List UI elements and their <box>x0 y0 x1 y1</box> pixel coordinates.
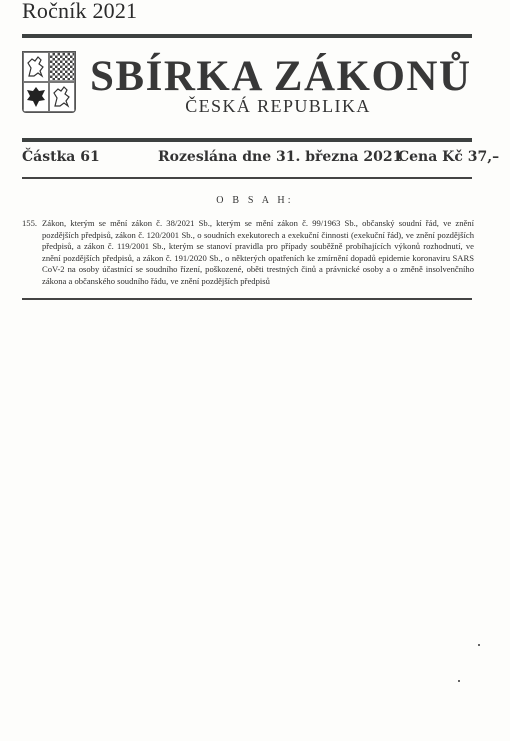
publication-subtitle: ČESKÁ REPUBLIKA <box>0 96 510 117</box>
contents-divider <box>22 298 472 300</box>
publication-title: SBÍRKA ZÁKONŮ <box>90 52 472 101</box>
scan-speck <box>458 680 460 682</box>
volume-year: Ročník 2021 <box>22 0 137 24</box>
entry-number: 155. <box>22 218 37 230</box>
checkered-eagle-quadrant-icon <box>49 52 75 82</box>
entry-text: Zákon, kterým se mění zákon č. 38/2021 S… <box>42 218 474 288</box>
contents-heading: O B S A H: <box>0 195 510 206</box>
top-divider <box>22 34 472 38</box>
scan-speck <box>478 644 480 646</box>
header-divider <box>22 138 472 142</box>
info-divider <box>22 177 472 179</box>
issue-price: Cena Kč 37,– <box>398 149 499 165</box>
issue-part: Částka 61 <box>22 149 100 165</box>
contents-entry: 155. Zákon, kterým se mění zákon č. 38/2… <box>22 218 474 288</box>
lion-quadrant-icon <box>23 52 49 82</box>
distribution-date: Rozeslána dne 31. března 2021 <box>158 149 402 165</box>
